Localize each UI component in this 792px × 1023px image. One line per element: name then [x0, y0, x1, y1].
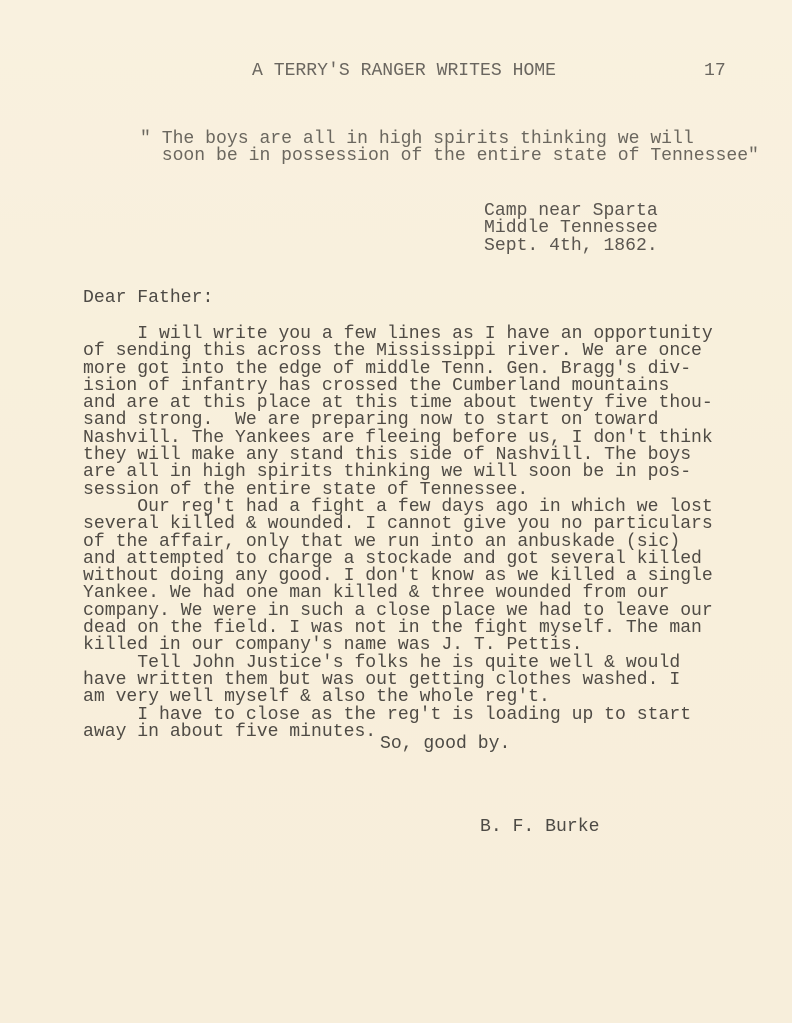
epigraph-line: soon be in possession of the entire stat… [140, 148, 759, 165]
salutation-text: Dear Father: [83, 290, 213, 307]
dateline-region: Middle Tennessee [484, 220, 658, 237]
signature-text: B. F. Burke [480, 819, 599, 836]
letter-body: I will write you a few lines as I have a… [83, 326, 713, 741]
running-header-title: A TERRY'S RANGER WRITES HOME [252, 62, 556, 80]
epigraph-quote: " The boys are all in high spirits think… [140, 131, 759, 166]
body-line: am very well myself & also the whole reg… [83, 689, 713, 706]
closing-text: So, good by. [380, 736, 510, 753]
body-line: of sending this across the Mississippi r… [83, 343, 713, 360]
letter-closing: So, good by. [380, 736, 510, 753]
document-page: A TERRY'S RANGER WRITES HOME 17 " The bo… [0, 0, 792, 1023]
letter-dateline: Camp near Sparta Middle Tennessee Sept. … [484, 203, 658, 255]
letter-signature: B. F. Burke [480, 819, 599, 836]
page-number: 17 [704, 62, 726, 80]
body-line: several killed & wounded. I cannot give … [83, 516, 713, 533]
dateline-date: Sept. 4th, 1862. [484, 238, 658, 255]
letter-salutation: Dear Father: [83, 290, 213, 307]
